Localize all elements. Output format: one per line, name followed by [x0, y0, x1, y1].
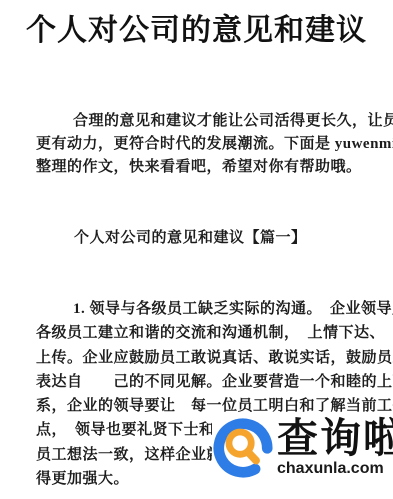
- document-page: 个人对公司的意见和建议 合理的意见和建议才能让公司活得更长久，让员工 更有动力，…: [0, 0, 393, 499]
- body-line: 1. 领导与各级员工缺乏实际的沟通。 企业领导应与: [36, 297, 360, 321]
- logo-handle: [248, 452, 256, 461]
- watermark-logo: 查询啦 chaxunla.com: [212, 414, 393, 499]
- watermark-brand-name: 查询啦: [277, 416, 393, 460]
- intro-line: 合理的意见和建议才能让公司活得更长久，让员工: [36, 110, 360, 133]
- document-title: 个人对公司的意见和建议: [0, 10, 393, 52]
- body-line: 上传。企业应鼓励员工敢说真话、敢说实话，鼓励员工敢: [36, 346, 360, 370]
- body-line: 表达自 己的不同见解。企业要营造一个和睦的上下级关: [36, 370, 360, 394]
- section-heading: 个人对公司的意见和建议【篇一】: [74, 226, 307, 247]
- intro-line: 更有动力，更符合时代的发展潮流。下面是 yuwenmi 小编: [36, 133, 360, 156]
- logo-blue-ring: [212, 417, 274, 479]
- magnifying-glass-logo-icon: [212, 417, 274, 479]
- watermark-text: 查询啦 chaxunla.com: [277, 416, 393, 477]
- intro-paragraph: 合理的意见和建议才能让公司活得更长久，让员工 更有动力，更符合时代的发展潮流。下…: [36, 110, 360, 179]
- body-line: 各级员工建立和谐的交流和沟通机制， 上情下达、 下情: [36, 321, 360, 345]
- intro-line: 整理的作文，快来看看吧，希望对你有帮助哦。: [36, 156, 360, 179]
- watermark-domain: chaxunla.com: [277, 460, 393, 477]
